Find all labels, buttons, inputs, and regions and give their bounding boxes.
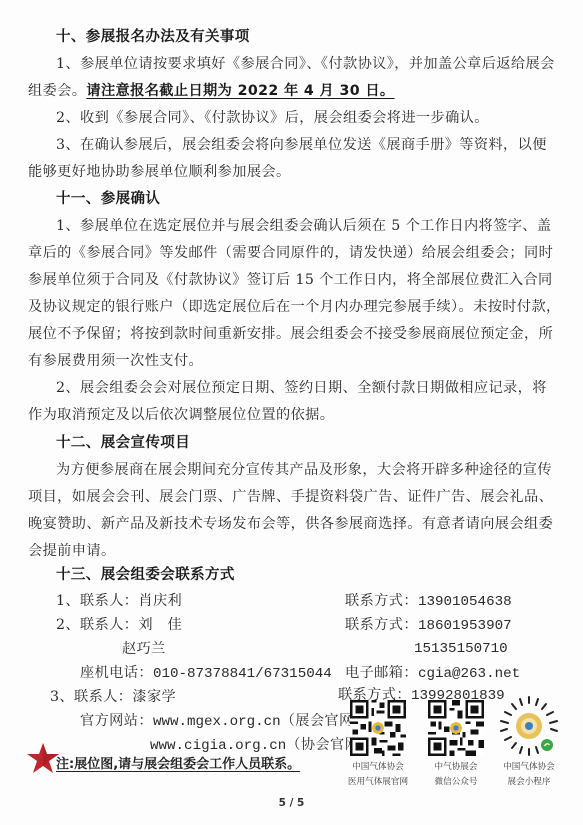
star-icon — [26, 742, 60, 776]
website-url[interactable]: www.cigia.org.cn — [150, 738, 286, 754]
section-10-paragraph-3-line-2: 能够更好地协助参展单位顺利参加展会。 — [28, 163, 291, 181]
section-11-heading: 十一、参展确认 — [56, 190, 160, 208]
landline-number: 010-87378841/67315044 — [153, 666, 332, 682]
section-11-paragraph-1-line: 1、参展单位在选定展位并与展会组委会确认后须在 5 个工作日内将签字、盖 — [56, 217, 551, 235]
qr-caption-line: 展会小程序 — [489, 775, 569, 790]
website-label: 官方网站： — [80, 713, 153, 729]
email-address: cgia@263.net — [418, 666, 520, 682]
contact-1-phone: 联系方式：13901054638 — [345, 592, 512, 611]
qr-caption: 中气协展会 微信公众号 — [416, 760, 496, 790]
section-13-heading: 十三、展会组委会联系方式 — [56, 566, 235, 584]
deadline-notice: 请注意报名截止日期为 2022 年 4 月 30 日。 — [86, 83, 394, 99]
qr-caption-line: 中气协展会 — [416, 760, 496, 775]
contact-2b-phone: 15135150710 — [414, 640, 508, 658]
document-page: 十、参展报名办法及有关事项 1、参展单位请按要求填好《参展合同》、《付款协议》，… — [0, 0, 583, 825]
landline-label: 座机电话： — [80, 665, 153, 681]
section-11-paragraph-2-line: 作为取消预定及以后依次调整展位位置的依据。 — [28, 406, 334, 424]
section-11-paragraph-2-line: 2、展会组委会会对展位预定日期、签约日期、全额付款日期做相应记录，将 — [56, 379, 547, 397]
section-11-paragraph-1-line: 参展单位须于合同及《付款协议》签订后 15 个工作日内，将全部展位费汇入合同 — [28, 271, 553, 289]
contact-3-name: 3、联系人：漆家学 — [50, 688, 176, 706]
phone-number: 13901054638 — [418, 594, 512, 610]
section-12-paragraph-line: 晚宴赞助、新产品及新技术专场发布会等，供各参展商选择。有意者请向展会组委 — [28, 515, 553, 533]
qr-caption-line: 中国气体协会 — [338, 760, 418, 775]
section-11-paragraph-1-line: 展位不予保留；将按到款时间重新安排。展会组委会不接受参展商展位预定金，所 — [28, 325, 553, 343]
qr-caption: 中国气体协会 展会小程序 — [489, 760, 569, 790]
section-11-paragraph-1-line: 有参展费用须一次性支付。 — [28, 352, 203, 370]
booth-map-note: 注:展位图,请与展会组委会工作人员联系。 — [56, 753, 300, 772]
phone-label: 联系方式： — [345, 617, 418, 633]
website-1: 官方网站：www.mgex.org.cn（展会官网） — [80, 712, 368, 731]
qr-caption-line: 医用气体展官网 — [338, 775, 418, 790]
section-10-heading: 十、参展报名办法及有关事项 — [56, 28, 250, 46]
phone-label: 联系方式： — [345, 593, 418, 609]
qr-caption-line: 微信公众号 — [416, 775, 496, 790]
section-10-paragraph-1-line-1: 1、参展单位请按要求填好《参展合同》、《付款协议》，并加盖公章后返给展会 — [56, 55, 555, 73]
qr-code-icon — [428, 700, 484, 756]
section-12-paragraph-line: 会提前申请。 — [28, 542, 116, 560]
section-12-paragraph-line: 为方便参展商在展会期间充分宣传其产品及形象，大会将开辟多种途径的宣传 — [56, 461, 552, 479]
qr-caption-line: 中国气体协会 — [489, 760, 569, 775]
page-number: 5 / 5 — [0, 797, 583, 809]
website-url[interactable]: www.mgex.org.cn — [153, 714, 281, 730]
mini-program-code-icon — [498, 695, 560, 757]
email-label: 电子邮箱： — [345, 665, 418, 681]
contact-2-phone: 联系方式：18601953907 — [345, 616, 512, 635]
section-12-heading: 十二、展会宣传项目 — [56, 434, 190, 452]
paragraph-text: 组委会。 — [28, 83, 86, 99]
landline: 座机电话：010-87378841/67315044 — [80, 664, 332, 683]
section-11-paragraph-1-line: 章后的《参展合同》等发邮件（需要合同原件的，请发快递）给展会组委会；同时 — [28, 244, 553, 262]
section-11-paragraph-1-line: 及协议规定的银行账户（即选定展位后在一个月内办理完参展手续）。未按时付款， — [28, 298, 561, 316]
section-10-paragraph-3-line-1: 3、在确认参展后，展会组委会将向参展单位发送《展商手册》等资料，以便 — [56, 136, 547, 154]
section-10-paragraph-2: 2、收到《参展合同》、《付款协议》后，展会组委会将进一步确认。 — [56, 109, 489, 127]
contact-1-name: 1、联系人：肖庆利 — [56, 592, 182, 610]
section-10-paragraph-1-line-2: 组委会。请注意报名截止日期为 2022 年 4 月 30 日。 — [28, 82, 395, 100]
contact-2b-name: 赵巧兰 — [122, 640, 166, 658]
qr-caption: 中国气体协会 医用气体展官网 — [338, 760, 418, 790]
phone-number: 18601953907 — [418, 618, 512, 634]
section-12-paragraph-line: 项目，如展会会刊、展会门票、广告牌、手提资料袋广告、证件广告、展会礼品、 — [28, 488, 553, 506]
email: 电子邮箱：cgia@263.net — [345, 664, 520, 683]
contact-2-name: 2、联系人：刘 佳 — [56, 616, 182, 634]
qr-code-icon — [350, 700, 406, 756]
